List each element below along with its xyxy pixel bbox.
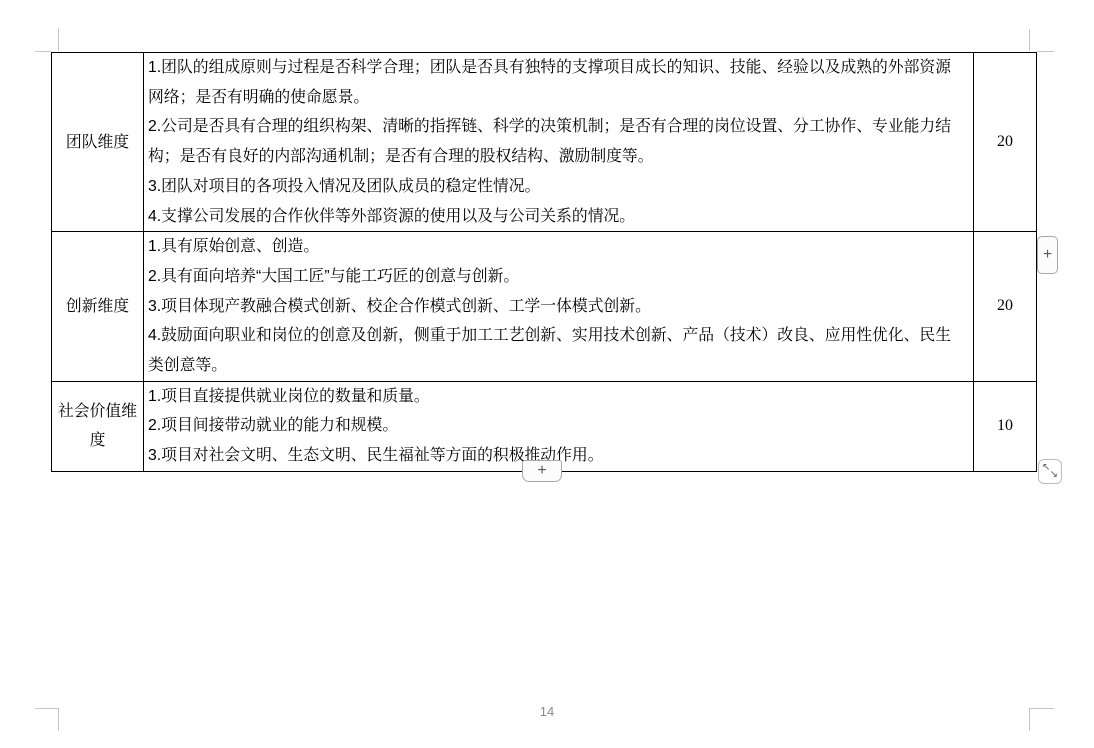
criterion-text: 2.项目间接带动就业的能力和规模。 xyxy=(148,411,959,441)
criteria-cell[interactable]: 1.具有原始创意、创造。 2.具有面向培养“大国工匠”与能工巧匠的创意与创新。 … xyxy=(144,232,974,382)
score-cell[interactable]: 20 xyxy=(974,232,1037,382)
margin-mark-top-left-horizontal xyxy=(35,51,51,52)
criterion-text: 1.团队的组成原则与过程是否科学合理；团队是否具有独特的支撑项目成长的知识、技能… xyxy=(148,53,959,112)
criteria-cell[interactable]: 1.团队的组成原则与过程是否科学合理；团队是否具有独特的支撑项目成长的知识、技能… xyxy=(144,53,974,232)
criterion-text: 2.公司是否具有合理的组织构架、清晰的指挥链、科学的决策机制；是否有合理的岗位设… xyxy=(148,112,959,171)
page-number: 14 xyxy=(0,704,1094,719)
table-row: 创新维度 1.具有原始创意、创造。 2.具有面向培养“大国工匠”与能工巧匠的创意… xyxy=(52,232,1037,382)
criterion-text: 3.项目体现产教融合模式创新、校企合作模式创新、工学一体模式创新。 xyxy=(148,292,959,322)
arrow-down-right-icon: ↘ xyxy=(1050,470,1058,480)
criterion-text: 2.具有面向培养“大国工匠”与能工巧匠的创意与创新。 xyxy=(148,262,959,292)
margin-mark-top-right-horizontal xyxy=(1037,51,1054,52)
evaluation-table: 团队维度 1.团队的组成原则与过程是否科学合理；团队是否具有独特的支撑项目成长的… xyxy=(51,52,1037,472)
criterion-text: 3.团队对项目的各项投入情况及团队成员的稳定性情况。 xyxy=(148,172,959,202)
table-row: 社会价值维度 1.项目直接提供就业岗位的数量和质量。 2.项目间接带动就业的能力… xyxy=(52,381,1037,471)
criterion-text: 1.项目直接提供就业岗位的数量和质量。 xyxy=(148,382,959,412)
criteria-cell[interactable]: 1.项目直接提供就业岗位的数量和质量。 2.项目间接带动就业的能力和规模。 3.… xyxy=(144,381,974,471)
criterion-text: 4.支撑公司发展的合作伙伴等外部资源的使用以及与公司关系的情况。 xyxy=(148,202,959,232)
add-row-button[interactable]: + xyxy=(522,460,562,482)
criterion-text: 4.鼓励面向职业和岗位的创意及创新，侧重于加工工艺创新、实用技术创新、产品（技术… xyxy=(148,321,959,380)
table-row: 团队维度 1.团队的组成原则与过程是否科学合理；团队是否具有独特的支撑项目成长的… xyxy=(52,53,1037,232)
dimension-cell[interactable]: 团队维度 xyxy=(52,53,144,232)
score-cell[interactable]: 10 xyxy=(974,381,1037,471)
add-column-button[interactable]: + xyxy=(1037,236,1058,274)
dimension-cell[interactable]: 社会价值维度 xyxy=(52,381,144,471)
dimension-cell[interactable]: 创新维度 xyxy=(52,232,144,382)
margin-mark-top-right-vertical xyxy=(1029,29,1030,51)
document-page: 团队维度 1.团队的组成原则与过程是否科学合理；团队是否具有独特的支撑项目成长的… xyxy=(0,0,1094,748)
resize-table-button[interactable]: ↖ ↘ xyxy=(1038,459,1062,484)
score-cell[interactable]: 20 xyxy=(974,53,1037,232)
criterion-text: 1.具有原始创意、创造。 xyxy=(148,232,959,262)
margin-mark-top-left-vertical xyxy=(58,28,59,51)
